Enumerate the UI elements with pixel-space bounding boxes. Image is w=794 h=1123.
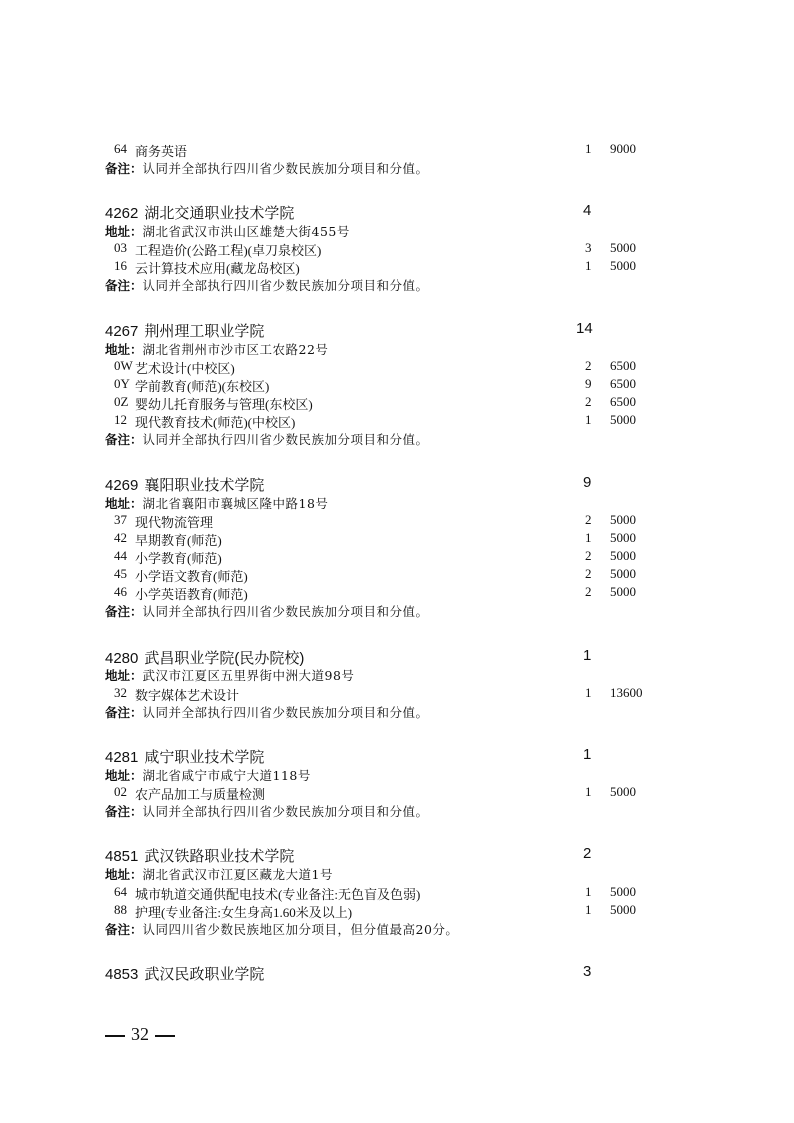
major-code: 03 <box>114 240 127 256</box>
school-name: 湖北交通职业技术学院 <box>144 205 294 222</box>
note-label: 备注： <box>105 922 143 937</box>
major-name: 小学英语教育(师范) <box>135 584 248 603</box>
school-name: 咸宁职业技术学院 <box>144 749 264 766</box>
major-row: 46 小学英语教育(师范) 2 5000 <box>0 584 794 602</box>
major-count: 2 <box>585 394 592 410</box>
major-count: 2 <box>585 566 592 582</box>
major-count: 1 <box>585 902 592 918</box>
school-header: 4851武汉铁路职业技术学院 2 <box>0 845 794 865</box>
school-count: 2 <box>583 845 591 862</box>
major-fee: 6500 <box>610 394 636 410</box>
school-name: 襄阳职业技术学院 <box>144 477 264 494</box>
school-count: 9 <box>583 474 591 491</box>
major-name: 商务英语 <box>135 141 187 160</box>
major-fee: 5000 <box>610 902 636 918</box>
note-label: 备注： <box>105 432 143 447</box>
major-row: 64 城市轨道交通供配电技术(专业备注:无色盲及色弱) 1 5000 <box>0 884 794 902</box>
address-row: 地址：湖北省武汉市江夏区藏龙大道1号 <box>0 865 794 883</box>
address-row: 地址：湖北省武汉市洪山区雄楚大街455号 <box>0 222 794 240</box>
major-name: 早期教育(师范) <box>135 530 222 549</box>
page-number: 32 <box>131 1024 149 1044</box>
major-code: 02 <box>114 784 127 800</box>
note-label: 备注： <box>105 278 143 293</box>
major-name: 城市轨道交通供配电技术(专业备注:无色盲及色弱) <box>135 884 420 903</box>
school-header: 4267荆州理工职业学院 14 <box>0 320 794 340</box>
major-fee: 6500 <box>610 376 636 392</box>
school-count: 4 <box>583 202 591 219</box>
school-code: 4280 <box>105 650 138 667</box>
school-code: 4851 <box>105 848 138 865</box>
dash-decoration <box>155 1035 175 1037</box>
major-name: 现代教育技术(师范)(中校区) <box>135 412 295 431</box>
address-label: 地址： <box>105 342 143 357</box>
major-code: 37 <box>114 512 127 528</box>
note-row: 备注：认同并全部执行四川省少数民族加分项目和分值。 <box>0 703 794 721</box>
note-text: 认同并全部执行四川省少数民族加分项目和分值。 <box>143 432 429 447</box>
major-row: 64 商务英语 1 9000 <box>0 141 794 159</box>
school-count: 14 <box>576 320 593 337</box>
address-label: 地址： <box>105 867 143 882</box>
school-count: 1 <box>583 746 591 763</box>
major-fee: 9000 <box>610 141 636 157</box>
major-fee: 13600 <box>610 685 643 701</box>
school-header: 4269襄阳职业技术学院 9 <box>0 474 794 494</box>
note-label: 备注： <box>105 161 143 176</box>
major-name: 婴幼儿托育服务与管理(东校区) <box>135 394 313 413</box>
major-count: 1 <box>585 685 592 701</box>
major-code: 46 <box>114 584 127 600</box>
major-row: 0Z 婴幼儿托育服务与管理(东校区) 2 6500 <box>0 394 794 412</box>
major-code: 45 <box>114 566 127 582</box>
major-count: 1 <box>585 258 592 274</box>
major-count: 1 <box>585 141 592 157</box>
major-name: 艺术设计(中校区) <box>135 358 235 377</box>
major-row: 0W 艺术设计(中校区) 2 6500 <box>0 358 794 376</box>
major-count: 2 <box>585 548 592 564</box>
major-count: 2 <box>585 584 592 600</box>
major-count: 1 <box>585 784 592 800</box>
school-name: 武汉铁路职业技术学院 <box>144 848 294 865</box>
school-code: 4267 <box>105 323 138 340</box>
note-text: 认同并全部执行四川省少数民族加分项目和分值。 <box>143 804 429 819</box>
major-row: 03 工程造价(公路工程)(卓刀泉校区) 3 5000 <box>0 240 794 258</box>
note-text: 认同并全部执行四川省少数民族加分项目和分值。 <box>143 705 429 720</box>
major-code: 42 <box>114 530 127 546</box>
major-fee: 5000 <box>610 258 636 274</box>
note-text: 认同并全部执行四川省少数民族加分项目和分值。 <box>143 278 429 293</box>
address-text: 湖北省武汉市江夏区藏龙大道1号 <box>143 867 333 882</box>
major-fee: 5000 <box>610 566 636 582</box>
note-label: 备注： <box>105 604 143 619</box>
major-row: 0Y 学前教育(师范)(东校区) 9 6500 <box>0 376 794 394</box>
page-number-footer: 32 <box>105 1024 181 1045</box>
major-fee: 5000 <box>610 884 636 900</box>
major-fee: 5000 <box>610 784 636 800</box>
major-row: 32 数字媒体艺术设计 1 13600 <box>0 685 794 703</box>
note-label: 备注： <box>105 804 143 819</box>
address-text: 湖北省咸宁市咸宁大道118号 <box>143 768 311 783</box>
note-text: 认同并全部执行四川省少数民族加分项目和分值。 <box>143 161 429 176</box>
school-name: 武汉民政职业学院 <box>144 966 264 983</box>
note-row: 备注：认同并全部执行四川省少数民族加分项目和分值。 <box>0 276 794 294</box>
note-row: 备注：认同并全部执行四川省少数民族加分项目和分值。 <box>0 430 794 448</box>
major-row: 45 小学语文教育(师范) 2 5000 <box>0 566 794 584</box>
address-text: 湖北省襄阳市襄城区隆中路18号 <box>143 496 329 511</box>
note-row: 备注：认同并全部执行四川省少数民族加分项目和分值。 <box>0 159 794 177</box>
address-text: 湖北省荆州市沙市区工农路22号 <box>143 342 329 357</box>
note-label: 备注： <box>105 705 143 720</box>
dash-decoration <box>105 1035 125 1037</box>
note-text: 认同四川省少数民族地区加分项目，但分值最高20分。 <box>143 922 459 937</box>
school-count: 1 <box>583 647 591 664</box>
address-label: 地址： <box>105 496 143 511</box>
school-code: 4853 <box>105 966 138 983</box>
major-code: 0W <box>114 358 133 374</box>
school-code: 4281 <box>105 749 138 766</box>
address-row: 地址：武汉市江夏区五里界街中洲大道98号 <box>0 666 794 684</box>
major-name: 数字媒体艺术设计 <box>135 685 239 704</box>
major-name: 云计算技术应用(藏龙岛校区) <box>135 258 300 277</box>
major-code: 88 <box>114 902 127 918</box>
major-code: 12 <box>114 412 127 428</box>
major-count: 1 <box>585 884 592 900</box>
major-name: 小学教育(师范) <box>135 548 222 567</box>
school-code: 4262 <box>105 205 138 222</box>
address-row: 地址：湖北省荆州市沙市区工农路22号 <box>0 340 794 358</box>
note-text: 认同并全部执行四川省少数民族加分项目和分值。 <box>143 604 429 619</box>
major-fee: 5000 <box>610 548 636 564</box>
major-name: 现代物流管理 <box>135 512 213 531</box>
note-row: 备注：认同四川省少数民族地区加分项目，但分值最高20分。 <box>0 920 794 938</box>
major-row: 12 现代教育技术(师范)(中校区) 1 5000 <box>0 412 794 430</box>
note-row: 备注：认同并全部执行四川省少数民族加分项目和分值。 <box>0 602 794 620</box>
school-name: 荆州理工职业学院 <box>144 323 264 340</box>
major-count: 2 <box>585 358 592 374</box>
major-name: 小学语文教育(师范) <box>135 566 248 585</box>
major-row: 88 护理(专业备注:女生身高1.60米及以上) 1 5000 <box>0 902 794 920</box>
major-name: 护理(专业备注:女生身高1.60米及以上) <box>135 902 352 921</box>
major-fee: 5000 <box>610 584 636 600</box>
major-code: 16 <box>114 258 127 274</box>
major-count: 2 <box>585 512 592 528</box>
address-label: 地址： <box>105 224 143 239</box>
school-name: 武昌职业学院(民办院校) <box>144 650 304 667</box>
document-page: 64 商务英语 1 9000 备注：认同并全部执行四川省少数民族加分项目和分值。… <box>0 0 794 1123</box>
address-label: 地址： <box>105 668 143 683</box>
major-code: 0Z <box>114 394 128 410</box>
major-code: 32 <box>114 685 127 701</box>
address-row: 地址：湖北省襄阳市襄城区隆中路18号 <box>0 494 794 512</box>
major-code: 64 <box>114 884 127 900</box>
major-row: 16 云计算技术应用(藏龙岛校区) 1 5000 <box>0 258 794 276</box>
major-name: 学前教育(师范)(东校区) <box>135 376 269 395</box>
school-header: 4262湖北交通职业技术学院 4 <box>0 202 794 222</box>
major-count: 1 <box>585 412 592 428</box>
school-header: 4281咸宁职业技术学院 1 <box>0 746 794 766</box>
major-count: 1 <box>585 530 592 546</box>
major-name: 工程造价(公路工程)(卓刀泉校区) <box>135 240 321 259</box>
major-code: 64 <box>114 141 127 157</box>
note-row: 备注：认同并全部执行四川省少数民族加分项目和分值。 <box>0 802 794 820</box>
major-count: 9 <box>585 376 592 392</box>
major-count: 3 <box>585 240 592 256</box>
school-count: 3 <box>583 963 591 980</box>
major-fee: 5000 <box>610 512 636 528</box>
major-row: 44 小学教育(师范) 2 5000 <box>0 548 794 566</box>
major-code: 0Y <box>114 376 130 392</box>
major-row: 42 早期教育(师范) 1 5000 <box>0 530 794 548</box>
major-row: 02 农产品加工与质量检测 1 5000 <box>0 784 794 802</box>
school-header: 4853武汉民政职业学院 3 <box>0 963 794 983</box>
address-row: 地址：湖北省咸宁市咸宁大道118号 <box>0 766 794 784</box>
major-fee: 5000 <box>610 412 636 428</box>
major-name: 农产品加工与质量检测 <box>135 784 265 803</box>
major-fee: 6500 <box>610 358 636 374</box>
major-row: 37 现代物流管理 2 5000 <box>0 512 794 530</box>
school-code: 4269 <box>105 477 138 494</box>
address-text: 湖北省武汉市洪山区雄楚大街455号 <box>143 224 350 239</box>
major-fee: 5000 <box>610 240 636 256</box>
school-header: 4280武昌职业学院(民办院校) 1 <box>0 647 794 667</box>
major-code: 44 <box>114 548 127 564</box>
address-text: 武汉市江夏区五里界街中洲大道98号 <box>143 668 355 683</box>
major-fee: 5000 <box>610 530 636 546</box>
address-label: 地址： <box>105 768 143 783</box>
